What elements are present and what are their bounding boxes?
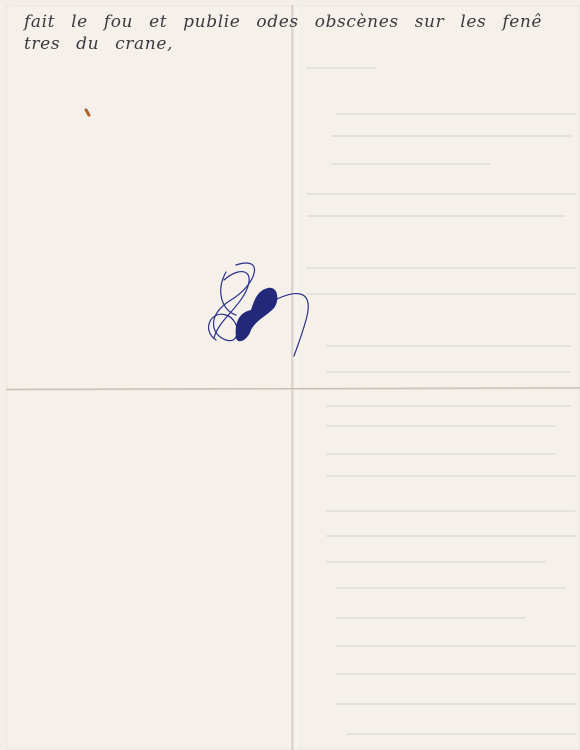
handwriting-line-1: fait le fou et publie odes obscènes sur … xyxy=(24,11,580,33)
paper-sheet: fait le fou et publie odes obscènes sur … xyxy=(6,5,580,750)
vertical-fold-line xyxy=(291,5,293,750)
handwriting-line-2: tres du crane, xyxy=(24,33,580,55)
show-through-text xyxy=(6,5,580,750)
scribble-mark xyxy=(196,260,326,360)
scanned-page: fait le fou et publie odes obscènes sur … xyxy=(0,0,580,750)
handwritten-text: fait le fou et publie odes obscènes sur … xyxy=(24,11,580,55)
stain-mark xyxy=(84,108,91,117)
